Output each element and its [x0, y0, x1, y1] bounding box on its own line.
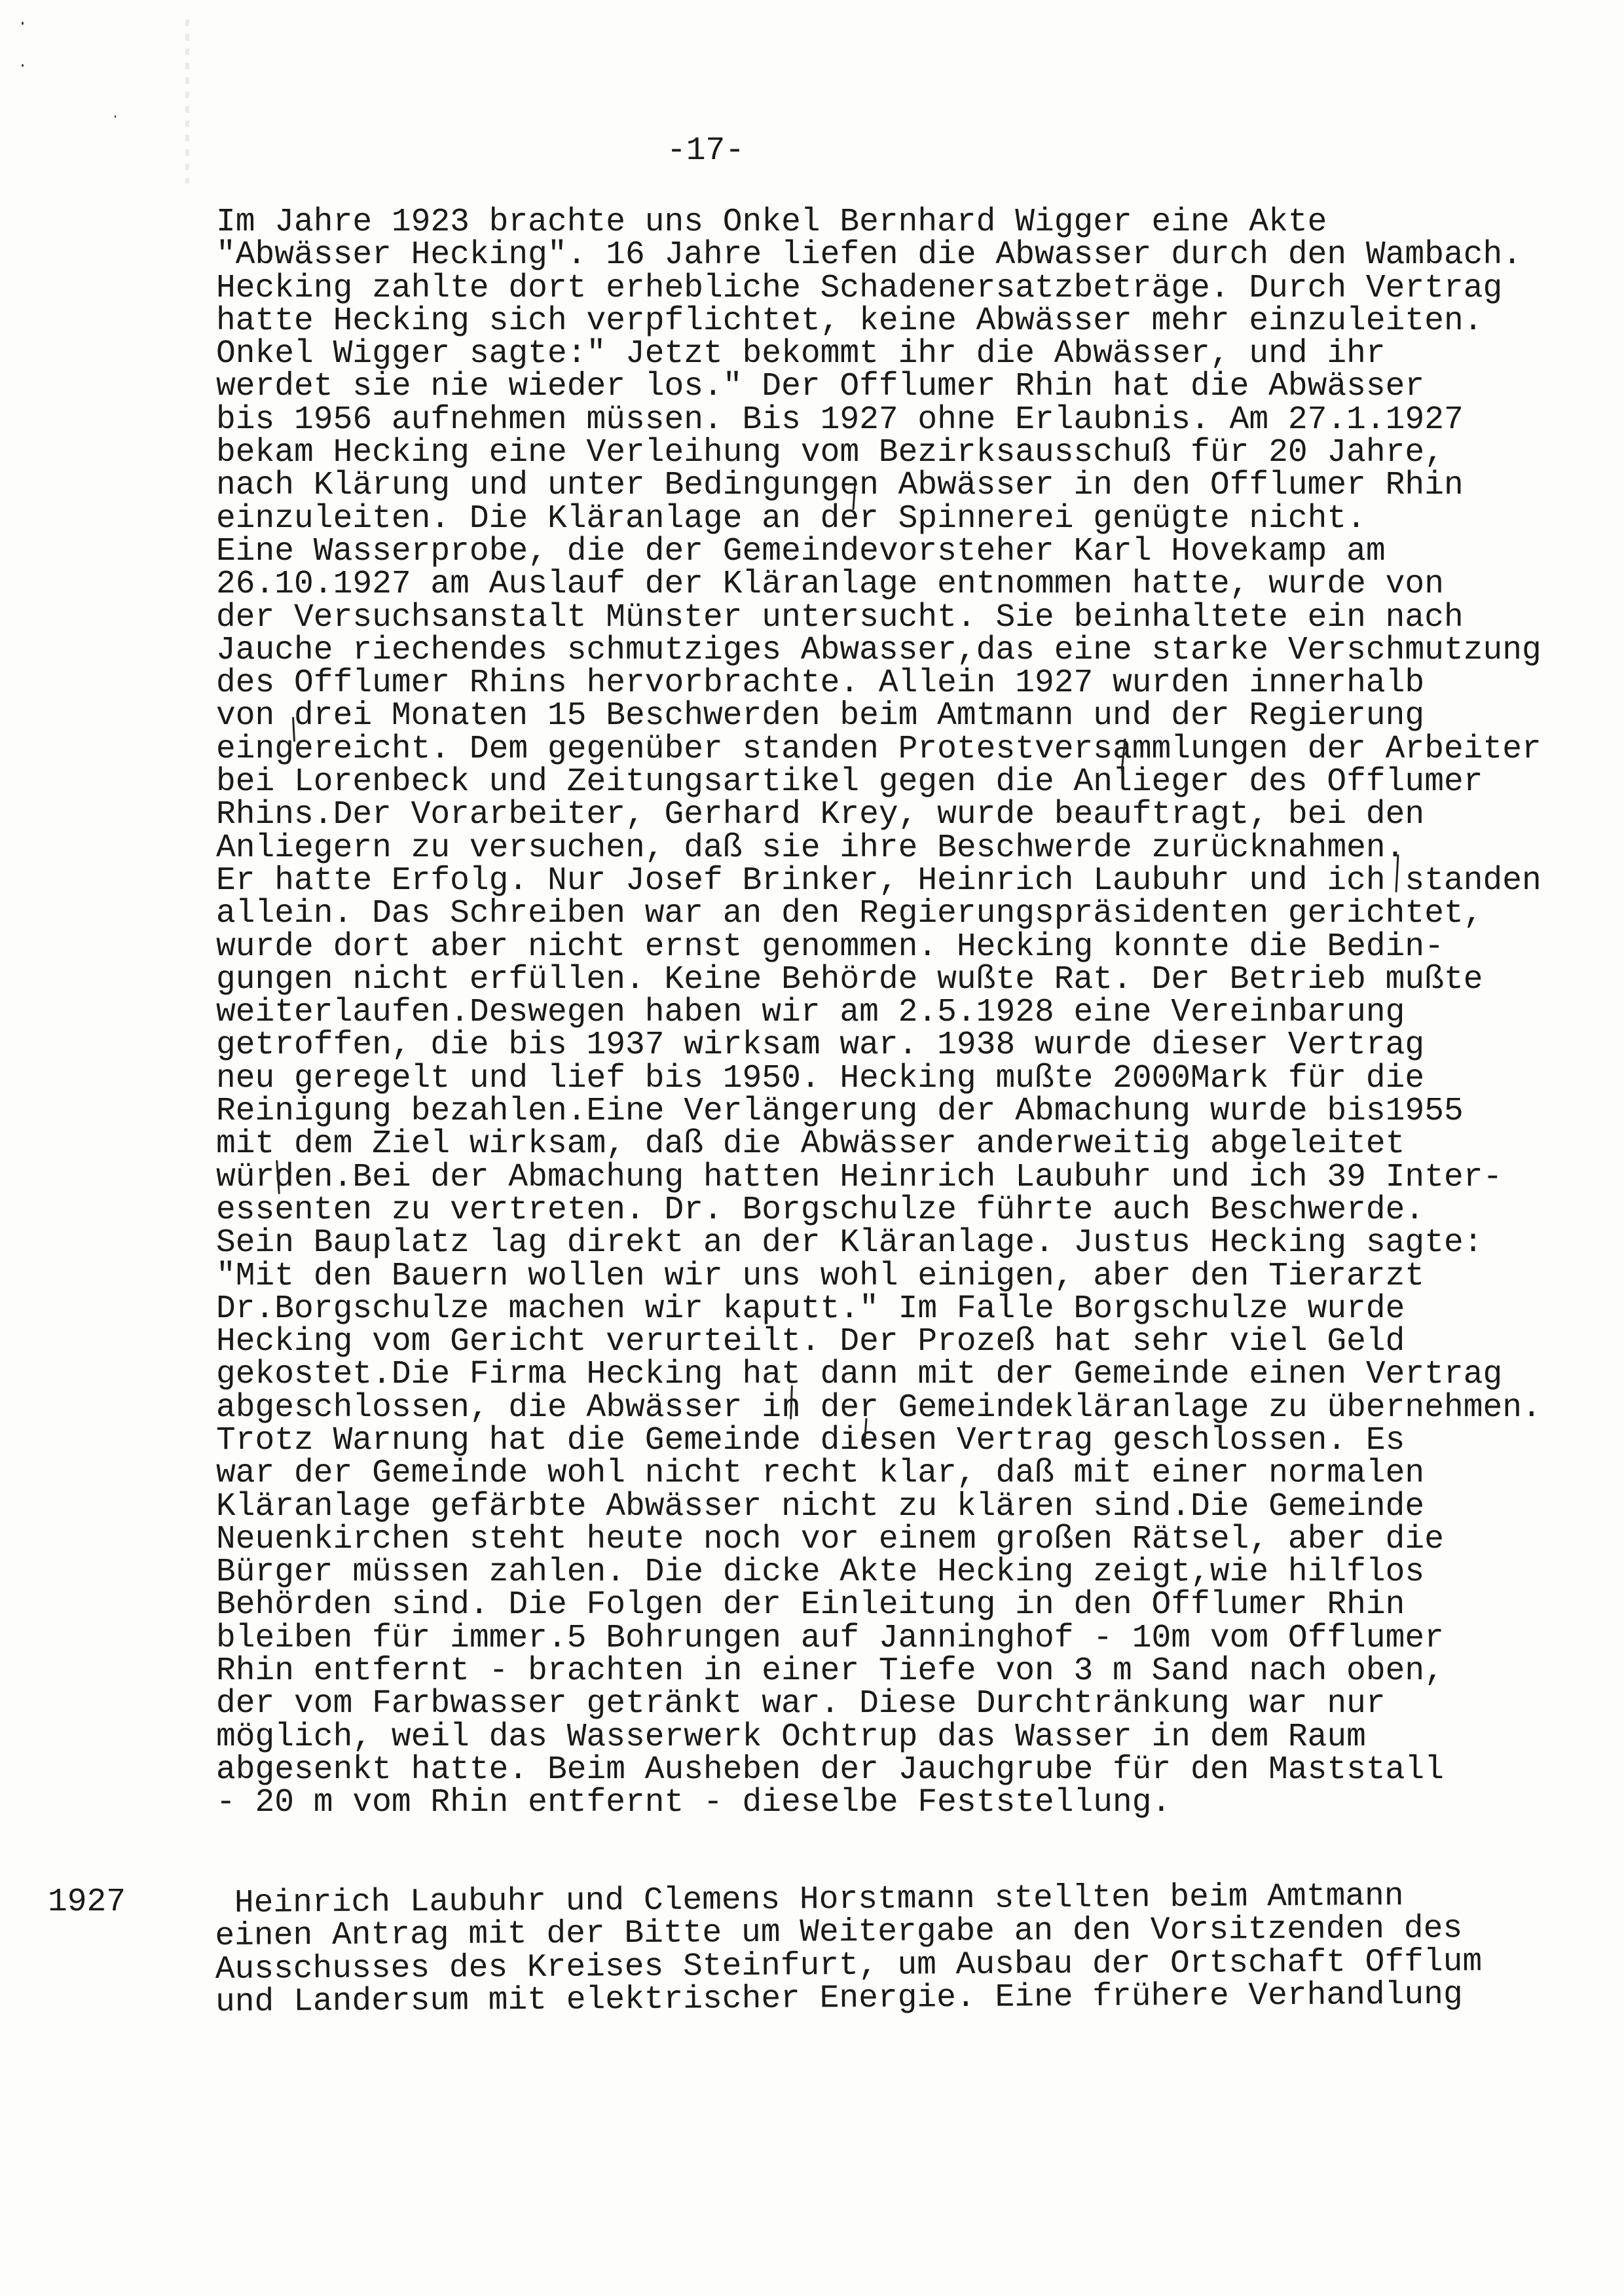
text-line: Anliegern zu versuchen, daß sie ihre Bes… — [216, 831, 1541, 864]
entry-1927-paragraph: Heinrich Laubuhr und Clemens Horstmann s… — [215, 1879, 1483, 2018]
text-line: der Versuchsanstalt Münster untersucht. … — [216, 601, 1541, 634]
text-line: Kläranlage gefärbte Abwässer nicht zu kl… — [216, 1490, 1541, 1523]
text-line: nach Klärung und unter Bedingungen Abwäs… — [216, 469, 1541, 501]
main-paragraph: Im Jahre 1923 brachte uns Onkel Bernhard… — [216, 206, 1541, 1819]
text-line: Neuenkirchen steht heute noch vor einem … — [216, 1523, 1541, 1556]
text-line: Trotz Warnung hat die Gemeinde diesen Ve… — [216, 1424, 1541, 1457]
text-line: der vom Farbwasser getränkt war. Diese D… — [216, 1687, 1541, 1720]
text-line: von drei Monaten 15 Beschwerden beim Amt… — [216, 699, 1541, 732]
scan-speck — [22, 22, 24, 25]
text-line: gekostet.Die Firma Hecking hat dann mit … — [216, 1358, 1541, 1391]
text-line: Jauche riechendes schmutziges Abwasser,d… — [216, 634, 1541, 666]
text-line: "Abwässer Hecking". 16 Jahre liefen die … — [216, 238, 1541, 271]
text-line: Reinigung bezahlen.Eine Verlängerung der… — [216, 1095, 1541, 1127]
text-line: möglich, weil das Wasserwerk Ochtrup das… — [216, 1721, 1541, 1753]
text-line: würden.Bei der Abmachung hatten Heinrich… — [216, 1161, 1541, 1194]
text-line: Hecking vom Gericht verurteilt. Der Proz… — [216, 1325, 1541, 1358]
text-line: werdet sie nie wieder los." Der Offlumer… — [216, 370, 1541, 403]
text-line: des Offlumer Rhins hervorbrachte. Allein… — [216, 666, 1541, 699]
scan-speck — [115, 115, 116, 118]
text-line: eingereicht. Dem gegenüber standen Prote… — [216, 733, 1541, 765]
text-line: abgesenkt hatte. Beim Ausheben der Jauch… — [216, 1753, 1541, 1786]
text-line: Er hatte Erfolg. Nur Josef Brinker, Hein… — [216, 864, 1541, 897]
text-line: neu geregelt und lief bis 1950. Hecking … — [216, 1062, 1541, 1095]
year-marginal-label: 1927 — [48, 1886, 126, 1918]
scan-binding-shadow — [185, 20, 189, 183]
text-line: Sein Bauplatz lag direkt an der Kläranla… — [216, 1226, 1541, 1259]
page-number: -17- — [667, 134, 745, 167]
text-line: bis 1956 aufnehmen müssen. Bis 1927 ohne… — [216, 403, 1541, 436]
text-line: und Landersum mit elektrischer Energie. … — [215, 1978, 1483, 2018]
text-line: Im Jahre 1923 brachte uns Onkel Bernhard… — [216, 206, 1541, 238]
text-line: hatte Hecking sich verpflichtet, keine A… — [216, 304, 1541, 337]
text-line: wurde dort aber nicht ernst genommen. He… — [216, 930, 1541, 963]
text-line: "Mit den Bauern wollen wir uns wohl eini… — [216, 1260, 1541, 1292]
scan-speck — [22, 64, 24, 67]
text-line: bei Lorenbeck und Zeitungsartikel gegen … — [216, 765, 1541, 798]
text-line: allein. Das Schreiben war an den Regieru… — [216, 897, 1541, 930]
text-line: essenten zu vertreten. Dr. Borgschulze f… — [216, 1194, 1541, 1226]
text-line: weiterlaufen.Deswegen haben wir am 2.5.1… — [216, 996, 1541, 1029]
text-line: - 20 m vom Rhin entfernt - dieselbe Fest… — [216, 1786, 1541, 1819]
text-line: Onkel Wigger sagte:" Jetzt bekommt ihr d… — [216, 337, 1541, 370]
text-line: Dr.Borgschulze machen wir kaputt." Im Fa… — [216, 1292, 1541, 1325]
text-line: Eine Wasserprobe, die der Gemeindevorste… — [216, 535, 1541, 568]
text-line: bleiben für immer.5 Bohrungen auf Jannin… — [216, 1622, 1541, 1654]
text-line: 26.10.1927 am Auslauf der Kläranlage ent… — [216, 568, 1541, 600]
text-line: Rhins.Der Vorarbeiter, Gerhard Krey, wur… — [216, 798, 1541, 831]
text-line: Hecking zahlte dort erhebliche Schadener… — [216, 272, 1541, 304]
text-line: getroffen, die bis 1937 wirksam war. 193… — [216, 1029, 1541, 1061]
text-line: Bürger müssen zahlen. Die dicke Akte Hec… — [216, 1556, 1541, 1588]
text-line: gungen nicht erfüllen. Keine Behörde wuß… — [216, 963, 1541, 996]
text-line: Rhin entfernt - brachten in einer Tiefe … — [216, 1654, 1541, 1687]
text-line: einzuleiten. Die Kläranlage an der Spinn… — [216, 502, 1541, 535]
text-line: Behörden sind. Die Folgen der Einleitung… — [216, 1588, 1541, 1621]
text-line: mit dem Ziel wirksam, daß die Abwässer a… — [216, 1127, 1541, 1160]
text-line: abgeschlossen, die Abwässer in der Gemei… — [216, 1391, 1541, 1424]
text-line: bekam Hecking eine Verleihung vom Bezirk… — [216, 436, 1541, 469]
text-line: war der Gemeinde wohl nicht recht klar, … — [216, 1457, 1541, 1489]
